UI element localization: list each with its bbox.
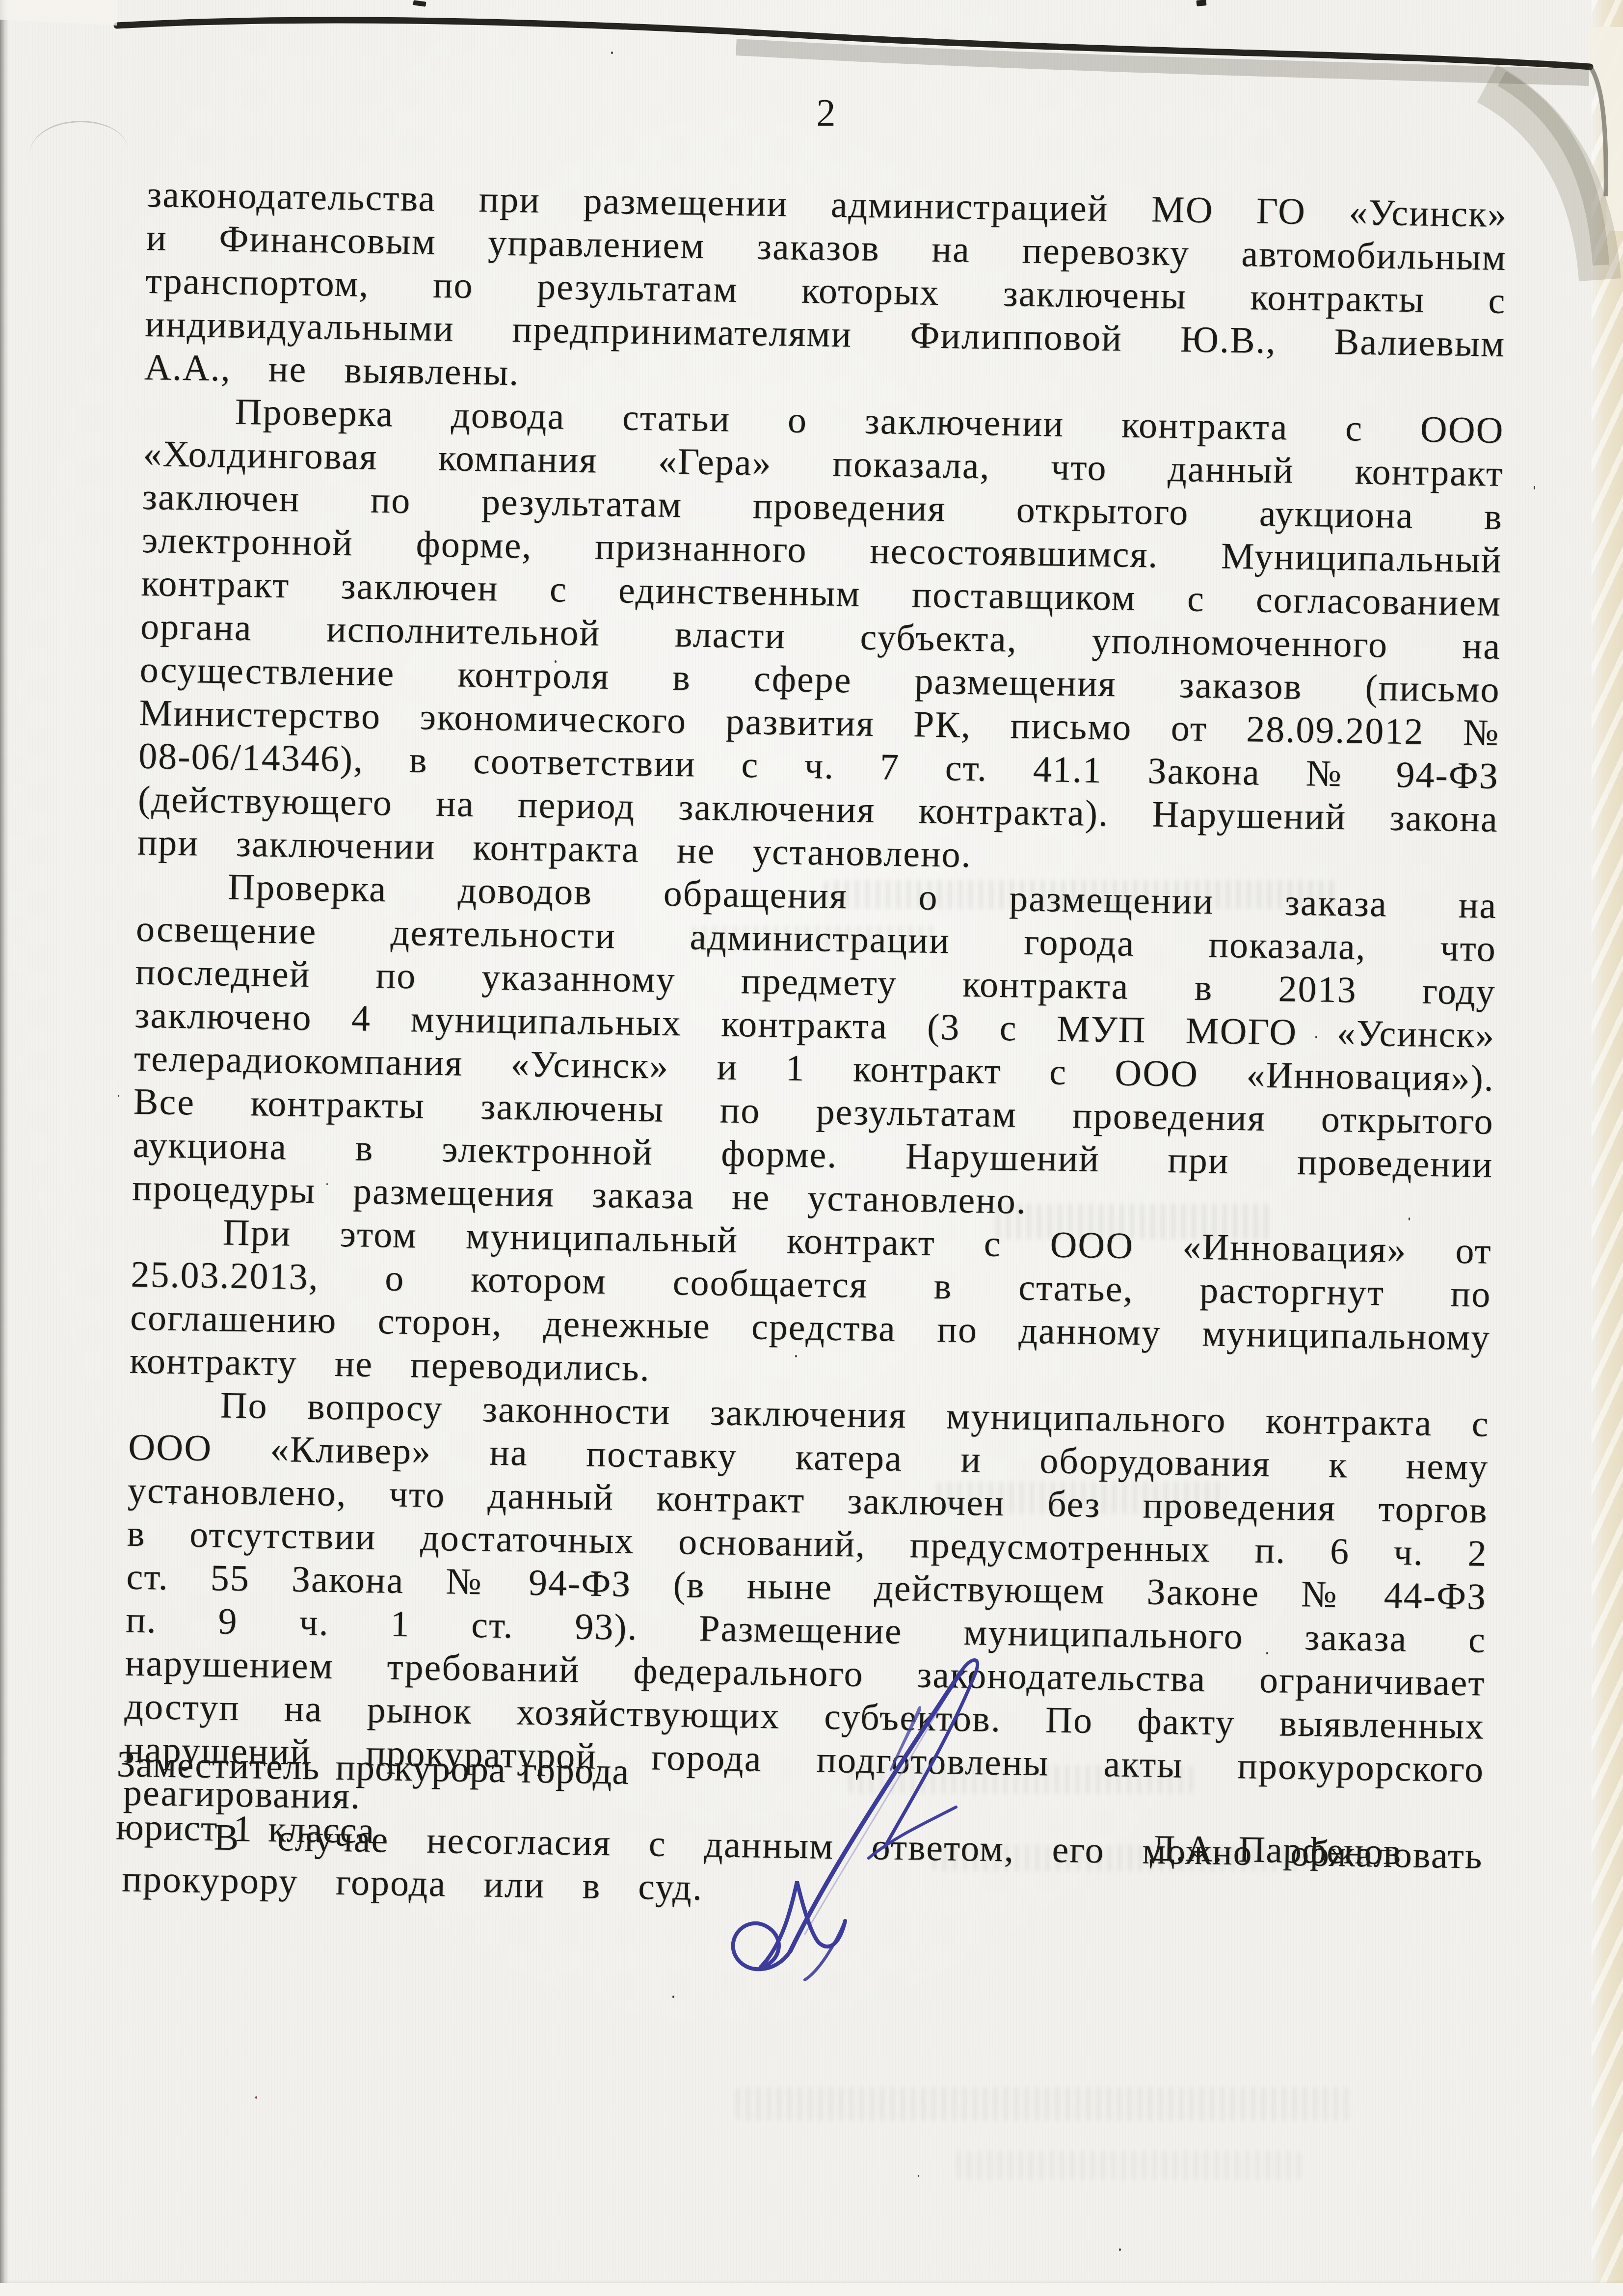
- dust-speck: [118, 1095, 119, 1097]
- dust-speck: [1534, 486, 1535, 489]
- paragraph-4: При этом муниципальный контракт с ООО «И…: [129, 1210, 1492, 1403]
- handwritten-signature: [687, 1627, 1011, 1981]
- dust-speck: [611, 52, 613, 54]
- signer-position-line1: Заместитель прокурора города: [116, 1742, 630, 1793]
- signer-position-line2: юрист 1 класса: [115, 1805, 374, 1852]
- paragraph-3: Проверка доводов обращения о размещении …: [132, 864, 1497, 1230]
- bleedthrough-ghost: [736, 2087, 1350, 2121]
- scan-edge-left-shadow: [0, 0, 9, 2296]
- scan-edge-right-backing: [1592, 0, 1623, 2296]
- paragraph-1: законодательства при размещении админист…: [144, 173, 1507, 409]
- dust-speck: [255, 2096, 257, 2099]
- dust-speck: [1119, 2248, 1121, 2251]
- paragraph-2: Проверка довода статьи о заключении конт…: [137, 389, 1504, 884]
- scan-edge-bottom: [0, 2283, 1623, 2296]
- bleedthrough-ghost: [957, 2151, 1301, 2180]
- scanned-letter-page: 2 законодательства при размещении админи…: [0, 0, 1623, 2296]
- dust-speck: [672, 1996, 674, 1998]
- page-number: 2: [804, 90, 848, 135]
- dust-speck: [918, 2175, 919, 2177]
- signer-name: Д.А. Парфенов: [1055, 1825, 1402, 1873]
